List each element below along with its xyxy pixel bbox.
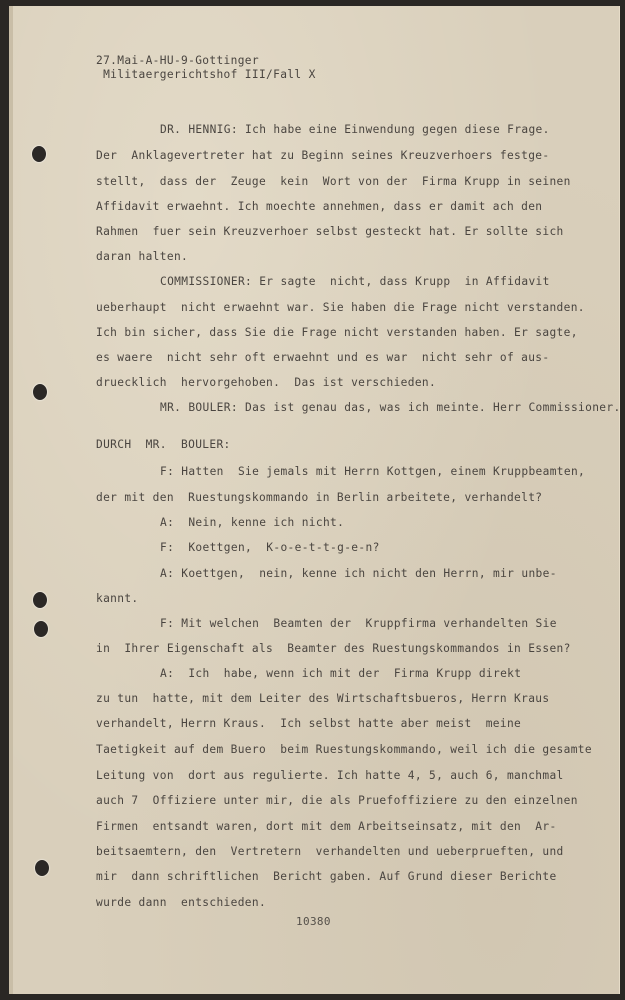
text-line: Der Anklagevertreter hat zu Beginn seine…: [96, 150, 549, 161]
text-line: zu tun hatte, mit dem Leiter des Wirtsch…: [96, 693, 549, 704]
text-line: Leitung von dort aus regulierte. Ich hat…: [96, 770, 564, 781]
text-line: F: Mit welchen Beamten der Kruppfirma ve…: [160, 618, 557, 629]
text-line: ueberhaupt nicht erwaehnt war. Sie haben…: [96, 302, 585, 313]
punch-hole: [33, 384, 47, 400]
text-line: DR. HENNIG: Ich habe eine Einwendung geg…: [160, 124, 550, 135]
text-line: wurde dann entschieden.: [96, 897, 266, 908]
text-line: Affidavit erwaehnt. Ich moechte annehmen…: [96, 201, 542, 212]
header-session-line: 27.Mai-A-HU-9-Gottinger: [96, 55, 259, 66]
text-line: stellt, dass der Zeuge kein Wort von der…: [96, 176, 571, 187]
text-line: Rahmen fuer sein Kreuzverhoer selbst ges…: [96, 226, 564, 237]
text-line: auch 7 Offiziere unter mir, die als Prue…: [96, 795, 578, 806]
scanned-page-background: 27.Mai-A-HU-9-Gottinger Militaergerichts…: [0, 0, 625, 1000]
text-line: A: Ich habe, wenn ich mit der Firma Krup…: [160, 668, 521, 679]
page-number: 10380: [296, 916, 331, 927]
text-line: kannt.: [96, 593, 139, 604]
punch-hole: [32, 146, 46, 162]
text-line: beitsaemtern, den Vertretern verhandelte…: [96, 846, 564, 857]
text-line: F: Koettgen, K-o-e-t-t-g-e-n?: [160, 542, 380, 553]
punch-hole: [35, 860, 49, 876]
text-line: MR. BOULER: Das ist genau das, was ich m…: [160, 402, 621, 413]
text-line: der mit den Ruestungskommando in Berlin …: [96, 492, 542, 503]
text-line: daran halten.: [96, 251, 188, 262]
text-line: A: Nein, kenne ich nicht.: [160, 517, 344, 528]
text-line: in Ihrer Eigenschaft als Beamter des Rue…: [96, 643, 571, 654]
section-heading: DURCH MR. BOULER:: [96, 439, 231, 450]
header-court-line: Militaergerichtshof III/Fall X: [96, 69, 316, 80]
text-line: es waere nicht sehr oft erwaehnt und es …: [96, 352, 549, 363]
punch-hole: [33, 592, 47, 608]
text-line: F: Hatten Sie jemals mit Herrn Kottgen, …: [160, 466, 585, 477]
text-line: COMMISSIONER: Er sagte nicht, dass Krupp…: [160, 276, 550, 287]
text-line: Ich bin sicher, dass Sie die Frage nicht…: [96, 327, 578, 338]
text-line: Firmen entsandt waren, dort mit dem Arbe…: [96, 821, 557, 832]
text-line: mir dann schriftlichen Bericht gaben. Au…: [96, 871, 557, 882]
text-line: A: Koettgen, nein, kenne ich nicht den H…: [160, 568, 557, 579]
paper-left-edge: [9, 6, 13, 994]
punch-hole: [34, 621, 48, 637]
text-line: Taetigkeit auf dem Buero beim Ruestungsk…: [96, 744, 592, 755]
text-line: druecklich hervorgehoben. Das ist versch…: [96, 377, 436, 388]
text-line: verhandelt, Herrn Kraus. Ich selbst hatt…: [96, 718, 521, 729]
